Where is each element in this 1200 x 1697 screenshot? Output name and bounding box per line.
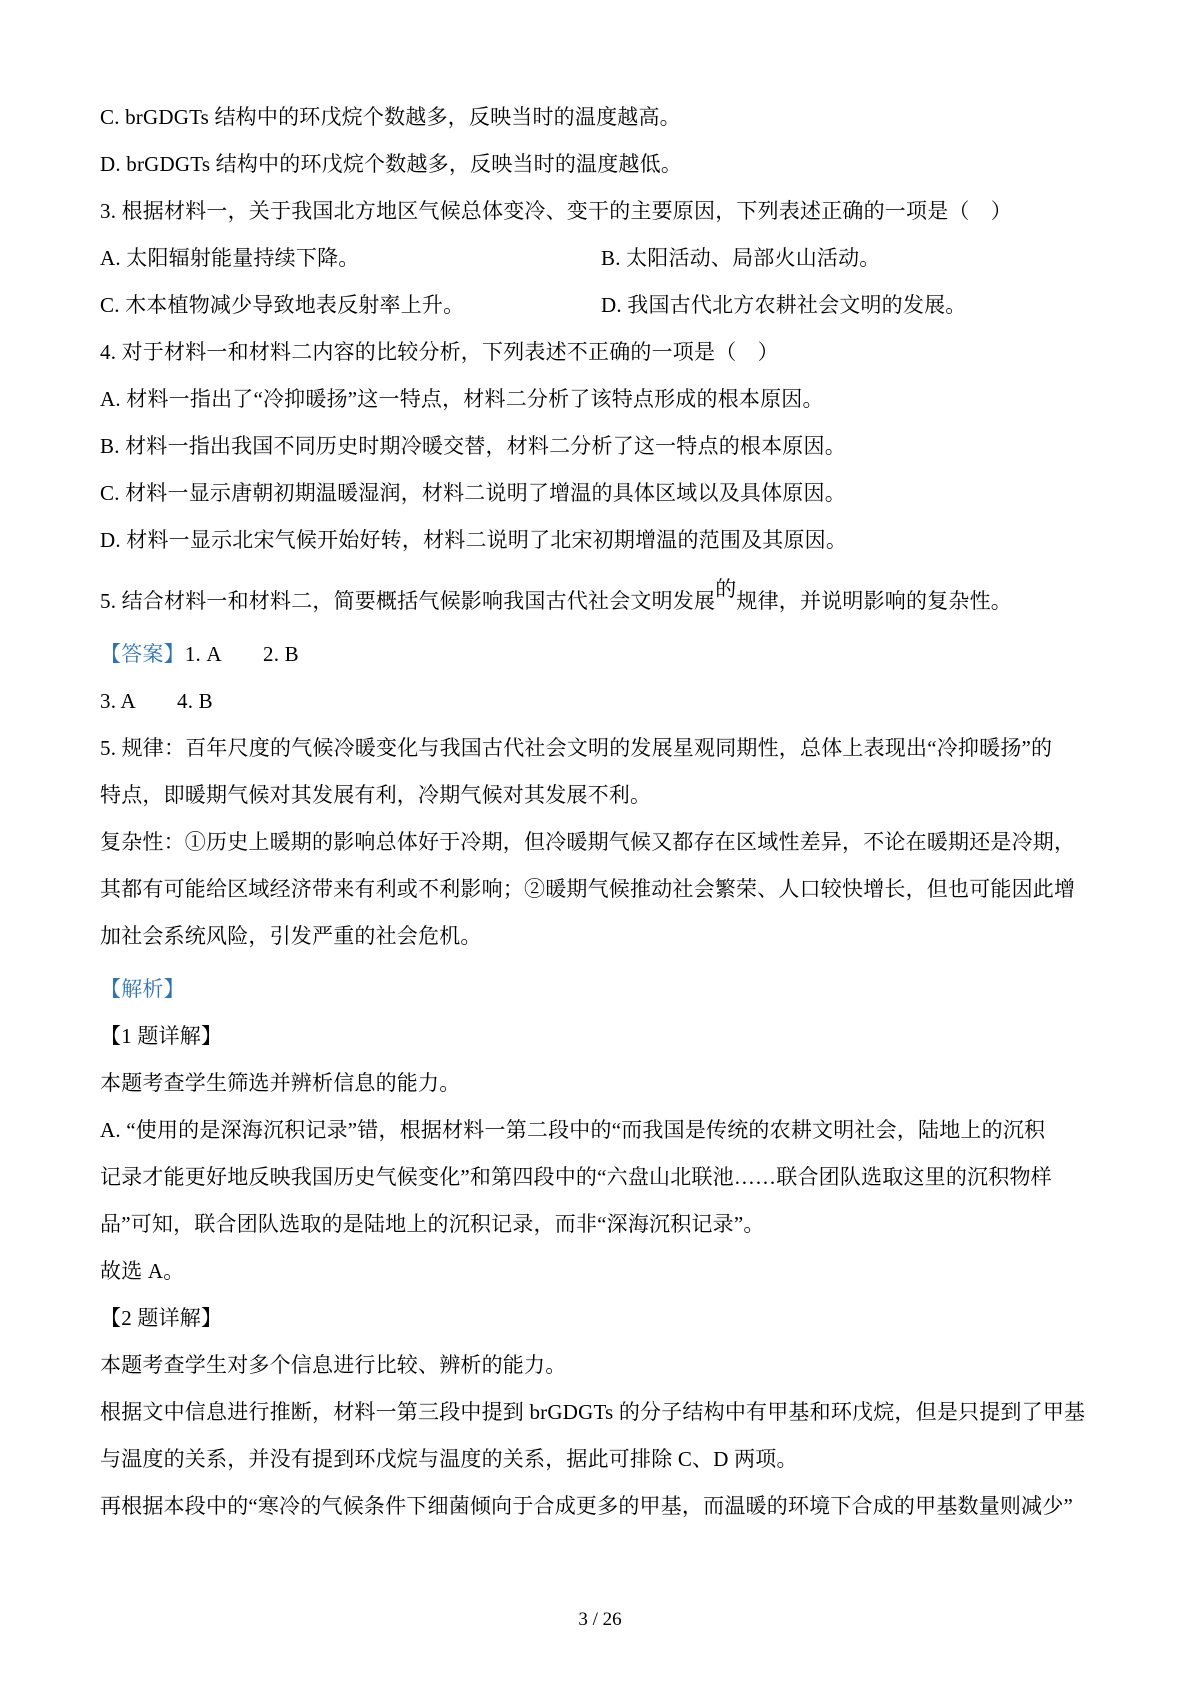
text-line: 特点，即暖期气候对其发展有利，冷期气候对其发展不利。 xyxy=(100,772,1102,819)
answer-label: 【答案】 xyxy=(100,642,185,666)
text-line: A. 材料一指出了“冷抑暖扬”这一特点，材料二分析了该特点形成的根本原因。 xyxy=(100,376,1102,423)
question-text-post: 规律，并说明影响的复杂性。 xyxy=(736,589,1012,613)
text-line: A. “使用的是深海沉积记录”错，根据材料一第二段中的“而我国是传统的农耕文明社… xyxy=(100,1107,1102,1154)
text-line: 3. 根据材料一，关于我国北方地区气候总体变冷、变干的主要原因，下列表述正确的一… xyxy=(100,188,1102,235)
text-line: B. 材料一指出我国不同历史时期冷暖交替，材料二分析了这一特点的根本原因。 xyxy=(100,423,1102,470)
text-line: 【2 题详解】 xyxy=(100,1295,1102,1342)
text-line: C. brGDGTs 结构中的环戊烷个数越多，反映当时的温度越高。 xyxy=(100,94,1102,141)
document-page: C. brGDGTs 结构中的环戊烷个数越多，反映当时的温度越高。D. brGD… xyxy=(0,0,1200,1697)
text-line: 5. 规律：百年尺度的气候冷暖变化与我国古代社会文明的发展星观同期性，总体上表现… xyxy=(100,725,1102,772)
text-line: 3. A 4. B xyxy=(100,678,1102,725)
answer-line: 【答案】1. A 2. B xyxy=(100,631,1102,678)
text-line: 本题考查学生筛选并辨析信息的能力。 xyxy=(100,1060,1102,1107)
option-right: D. 我国古代北方农耕社会文明的发展。 xyxy=(601,282,1102,329)
option-row: A. 太阳辐射能量持续下降。B. 太阳活动、局部火山活动。 xyxy=(100,235,1102,282)
text-line: 根据文中信息进行推断，材料一第三段中提到 brGDGTs 的分子结构中有甲基和环… xyxy=(100,1389,1102,1436)
text-line: 本题考查学生对多个信息进行比较、辨析的能力。 xyxy=(100,1342,1102,1389)
option-row: C. 木本植物减少导致地表反射率上升。D. 我国古代北方农耕社会文明的发展。 xyxy=(100,282,1102,329)
text-line: D. brGDGTs 结构中的环戊烷个数越多，反映当时的温度越低。 xyxy=(100,141,1102,188)
text-line: C. 材料一显示唐朝初期温暖湿润，材料二说明了增温的具体区域以及具体原因。 xyxy=(100,470,1102,517)
answer-text: 1. A 2. B xyxy=(185,642,299,666)
text-line: 加社会系统风险，引发严重的社会危机。 xyxy=(100,913,1102,960)
text-line: 再根据本段中的“寒冷的气候条件下细菌倾向于合成更多的甲基，而温暖的环境下合成的甲… xyxy=(100,1483,1102,1530)
text-line: 其都有可能给区域经济带来有利或不利影响；②暖期气候推动社会繁荣、人口较快增长，但… xyxy=(100,866,1102,913)
option-left: A. 太阳辐射能量持续下降。 xyxy=(100,235,601,282)
question-text-pre: 5. 结合材料一和材料二，简要概括气候影响我国古代社会文明发展 xyxy=(100,589,715,613)
text-line: 4. 对于材料一和材料二内容的比较分析，下列表述不正确的一项是（ ） xyxy=(100,329,1102,376)
document-body: C. brGDGTs 结构中的环戊烷个数越多，反映当时的温度越高。D. brGD… xyxy=(100,94,1102,1530)
option-right: B. 太阳活动、局部火山活动。 xyxy=(601,235,1102,282)
raised-character: 的 xyxy=(715,566,736,613)
text-line: D. 材料一显示北宋气候开始好转，材料二说明了北宋初期增温的范围及其原因。 xyxy=(100,517,1102,564)
text-line: 复杂性：①历史上暖期的影响总体好于冷期，但冷暖期气候又都存在区域性差异，不论在暖… xyxy=(100,819,1102,866)
page-number: 3 / 26 xyxy=(0,1609,1200,1631)
option-left: C. 木本植物减少导致地表反射率上升。 xyxy=(100,282,601,329)
analysis-label: 【解析】 xyxy=(100,966,1102,1013)
text-line: 品”可知，联合团队选取的是陆地上的沉积记录，而非“深海沉积记录”。 xyxy=(100,1201,1102,1248)
question-line-with-superscript: 5. 结合材料一和材料二，简要概括气候影响我国古代社会文明发展的规律，并说明影响… xyxy=(100,578,1102,625)
text-line: 故选 A。 xyxy=(100,1248,1102,1295)
text-line: 与温度的关系，并没有提到环戊烷与温度的关系，据此可排除 C、D 两项。 xyxy=(100,1436,1102,1483)
text-line: 【1 题详解】 xyxy=(100,1013,1102,1060)
text-line: 记录才能更好地反映我国历史气候变化”和第四段中的“六盘山北联池……联合团队选取这… xyxy=(100,1154,1102,1201)
